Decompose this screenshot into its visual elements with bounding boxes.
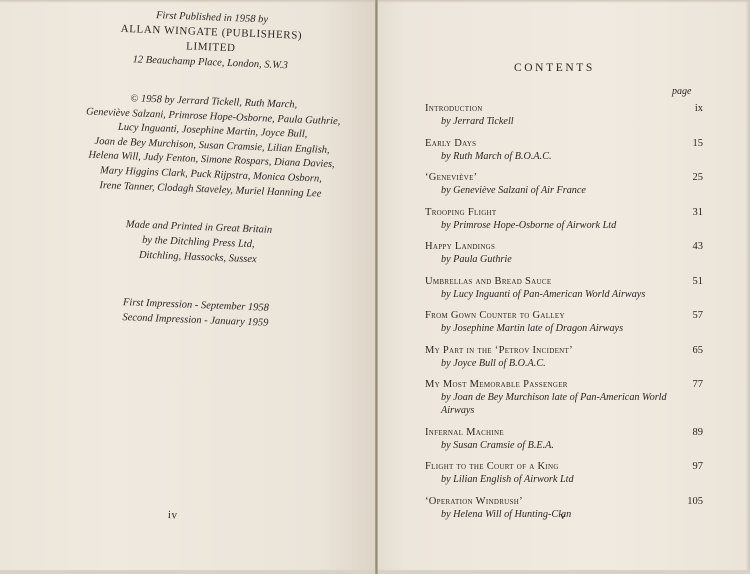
chapter-page: 105	[687, 495, 703, 508]
chapter-page: 31	[693, 206, 704, 219]
chapter-author: by Geneviève Salzani of Air France	[425, 184, 703, 197]
chapter-author: by Jerrard Tickell	[425, 115, 703, 128]
chapter-title: From Gown Counter to Galley	[425, 309, 703, 322]
chapter-author: by Lilian English of Airwork Ltd	[425, 473, 703, 486]
book-gutter	[375, 0, 378, 574]
chapter-page: 15	[693, 137, 704, 150]
toc-entry[interactable]: From Gown Counter to Galley by Josephine…	[425, 309, 703, 335]
chapter-page: 57	[693, 309, 704, 322]
chapter-author: by Josephine Martin late of Dragon Airwa…	[425, 322, 703, 335]
left-page-copyright: First Published in 1958 by ALLAN WINGATE…	[0, 0, 376, 574]
chapter-title: My Most Memorable Passenger	[425, 378, 703, 391]
printer-block: Made and Printed in Great Britain by the…	[103, 216, 295, 268]
chapter-page: 97	[693, 460, 704, 473]
toc-entry[interactable]: Early Days by Ruth March of B.O.A.C. 15	[425, 137, 703, 163]
chapter-title: Happy Landings	[425, 240, 703, 253]
chapter-page: 25	[693, 171, 704, 184]
toc-entry[interactable]: Umbrellas and Bread Sauce by Lucy Inguan…	[425, 275, 703, 301]
chapter-author: by Ruth March of B.O.A.C.	[425, 150, 703, 163]
chapter-title: Umbrellas and Bread Sauce	[425, 275, 703, 288]
chapter-title: Flight to the Court of a King	[425, 460, 703, 473]
page-column-label: page	[672, 86, 691, 97]
chapter-author: by Paula Guthrie	[425, 253, 703, 266]
toc-entry[interactable]: Trooping Flight by Primrose Hope-Osborne…	[425, 206, 703, 232]
toc-entry[interactable]: ‘Geneviève’ by Geneviève Salzani of Air …	[425, 171, 703, 197]
page-number-left: iv	[168, 509, 178, 521]
book-spread: First Published in 1958 by ALLAN WINGATE…	[0, 0, 750, 574]
chapter-title: ‘Operation Windrush’	[425, 495, 703, 508]
chapter-author: by Primrose Hope-Osborne of Airwork Ltd	[425, 219, 703, 232]
toc-entry[interactable]: Infernal Machine by Susan Cramsie of B.E…	[425, 426, 703, 452]
contents-heading: CONTENTS	[514, 62, 595, 74]
copyright-notice: © 1958 by Jerrard Tickell, Ruth March, G…	[70, 90, 354, 203]
page-edge	[746, 0, 750, 574]
page-number-right: v	[560, 510, 566, 522]
chapter-page: 43	[693, 240, 704, 253]
toc-entry[interactable]: Introduction by Jerrard Tickell ix	[425, 102, 703, 128]
chapter-page: 77	[693, 378, 704, 391]
chapter-title: Infernal Machine	[425, 426, 703, 439]
toc-entry[interactable]: Happy Landings by Paula Guthrie 43	[425, 240, 703, 266]
table-of-contents: Introduction by Jerrard Tickell ix Early…	[425, 102, 703, 529]
chapter-page: 51	[693, 275, 704, 288]
chapter-title: Introduction	[425, 102, 703, 115]
chapter-author: by Lucy Inguanti of Pan-American World A…	[425, 288, 703, 301]
toc-entry[interactable]: My Part in the ‘Petrov Incident’ by Joyc…	[425, 344, 703, 370]
toc-entry[interactable]: Flight to the Court of a King by Lilian …	[425, 460, 703, 486]
left-page-content: First Published in 1958 by ALLAN WINGATE…	[0, 0, 384, 574]
impressions-block: First Impression - September 1958 Second…	[100, 294, 291, 331]
publisher-block: First Published in 1958 by ALLAN WINGATE…	[100, 6, 322, 74]
chapter-title: ‘Geneviève’	[425, 171, 703, 184]
toc-entry[interactable]: My Most Memorable Passenger by Joan de B…	[425, 378, 703, 417]
chapter-author: by Joyce Bull of B.O.A.C.	[425, 357, 703, 370]
chapter-author: by Joan de Bey Murchison late of Pan-Ame…	[425, 391, 703, 417]
chapter-page: 65	[693, 344, 704, 357]
chapter-page: ix	[695, 102, 703, 115]
chapter-title: My Part in the ‘Petrov Incident’	[425, 344, 703, 357]
chapter-author: by Susan Cramsie of B.E.A.	[425, 439, 703, 452]
chapter-title: Early Days	[425, 137, 703, 150]
chapter-page: 89	[693, 426, 704, 439]
chapter-title: Trooping Flight	[425, 206, 703, 219]
